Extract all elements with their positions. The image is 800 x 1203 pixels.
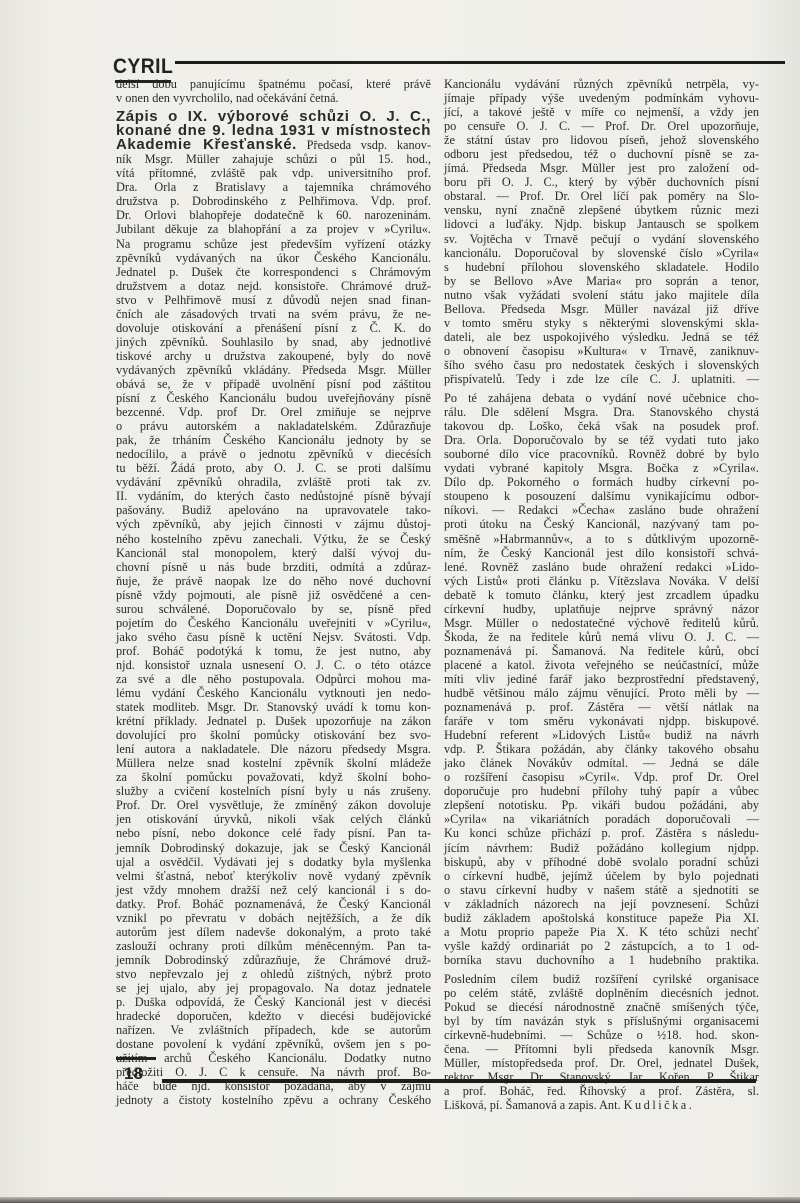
text-line: čních ale zásadových trvati na svém práv…: [116, 307, 431, 321]
text-line: vydati vybrané kapitoly Msgra. Bočka z »…: [444, 461, 759, 475]
text-line: budiž základem apoštolská konstituce pap…: [444, 911, 759, 925]
text-line: písní z Českého Kancionálu budou uveřejň…: [116, 391, 431, 405]
text-line: doporučuje pro hudební přílohy tuhý papí…: [444, 784, 759, 798]
text-line: kancionálu. Doporučoval by slovenské čís…: [444, 246, 759, 260]
text-line: stvo v Pelhřimově musí z důvodů nejen sn…: [116, 293, 431, 307]
text-line: faráře v tom směru vykonávati njdpp. bis…: [444, 714, 759, 728]
text-line: po celém státě, zvláště doplněním diecés…: [444, 986, 759, 1000]
text-line: Škoda, že na ředitele kůrů nemá vlivu O.…: [444, 630, 759, 644]
text-line: dostane povolení k vydání zpěvníků, ovše…: [116, 1037, 431, 1051]
text-line: vensku, nyní značně zlepšené úbytkem růz…: [444, 203, 759, 217]
text-line: placené a katol. života veřejného se neú…: [444, 658, 759, 672]
text-line: že státní ústav pro lidovou píseň, jehož…: [444, 133, 759, 147]
text-line: církevní hudby, uplatňuje nejprve správn…: [444, 602, 759, 616]
text-line: za školní pomůcku považovati, když školn…: [116, 770, 431, 784]
text-line: Na programu schůze jest především vyříze…: [116, 237, 431, 251]
minutes-paragraph: Zápis o IX. výborové schůzi O. J. C., ko…: [116, 110, 431, 1107]
text-line: o rozšíření časopisu »Cyril«. Vdp. prof …: [444, 770, 759, 784]
text-line: nedocílilo, a právě o jednotu zpěvníků v…: [116, 447, 431, 461]
header-rule: [175, 61, 785, 64]
scan-edge: [0, 1197, 800, 1203]
left-column: delší dobu panujícímu špatnému počasí, k…: [116, 77, 431, 1107]
scanned-page: CYRIL delší dobu panujícímu špatnému poč…: [0, 0, 800, 1203]
text-line: zlepšení nototisku. Pp. vikáři budou pož…: [444, 798, 759, 812]
text-line: lení autora a nakladatele. Dle názoru př…: [116, 742, 431, 756]
heading-line-mixed: Akademie Křesťanské. Předseda vsdp. kano…: [116, 138, 431, 152]
text-line: Po té zahájena debata o vydání nové učeb…: [444, 391, 759, 405]
text-line: dateli, ale bez uspokojivého výsledku. J…: [444, 330, 759, 344]
text-line: směšně »Habrmannův«, a to s důtklivým up…: [444, 532, 759, 546]
text-line: tiskové archy u družstva zakoupené, byly…: [116, 349, 431, 363]
text-line: Dra. Orla z Bratislavy a tajemníka chrám…: [116, 180, 431, 194]
text-line: se jej ujalo, aby jej propagovalo. Na do…: [116, 981, 431, 995]
text-line: Pokud se diecésí národnostně značně smíš…: [444, 1000, 759, 1014]
text-line: písně vždy pojmouti, ale písně již osvěd…: [116, 588, 431, 602]
text-line: lené. Rovněž zasláno bude ohražení redak…: [444, 560, 759, 574]
text-line: poznamenává p. prof. Zástěra — větší nát…: [444, 700, 759, 714]
text-line: vítá přítomné, zvláště pak vdp. universi…: [116, 166, 431, 180]
text-line: velmi šťastná, neboť kterýkoliv nově vyd…: [116, 869, 431, 883]
text-line: Dr. Orlovi blahopřeje dodatečně k 60. na…: [116, 208, 431, 222]
text-line: vých zpěvníků, aby jejich činnosti v záj…: [116, 517, 431, 531]
journal-title: CYRIL: [113, 55, 173, 79]
text-line: vých Listů« proti článku p. Vítězslava N…: [444, 574, 759, 588]
text-line: v tomto směru styky s některými slovensk…: [444, 316, 759, 330]
text-line: odboru jest předsedou, též o duchovní pí…: [444, 147, 759, 161]
closing-line: Lišková, pí. Šamanová a zapis. Ant. Kudl…: [444, 1098, 759, 1112]
text-line: Bellova. Předseda Msgr. Müller navázal j…: [444, 302, 759, 316]
text-line: »Cyrila« na vikariátních poradách doporu…: [444, 812, 759, 826]
text-line: poznamenává pí. Šamanová. Na ředitele ků…: [444, 644, 759, 658]
text-line: a prof. Boháč, řed. Říhovský a prof. Zás…: [444, 1084, 759, 1098]
text-line: obstaral. — Prof. Dr. Orel líčí pak pomě…: [444, 189, 759, 203]
text-line: proti útoku na Český Kancionál, nazývaný…: [444, 517, 759, 531]
text-line: Müllera nelze snad kostelní zpěvník škol…: [116, 756, 431, 770]
text-line: Jubilant děkuje za blahopřání a za proje…: [116, 222, 431, 236]
text-line: hradecké doporučen, kdežto v diecési bud…: [116, 1009, 431, 1023]
text-line: jímaje případy výše uvedeným podmínkám v…: [444, 91, 759, 105]
text-line: o stavu církevní hudby v našem státě a s…: [444, 883, 759, 897]
text-line: vydávaných zpěvníků vkládány. Předseda M…: [116, 363, 431, 377]
text-line: přispívatelů. Tedy i zde lze cíle C. J. …: [444, 372, 759, 386]
text-line: šího svého času pro nedostatek českých i…: [444, 358, 759, 372]
closing-text: Lišková, pí. Šamanová a zapis. Ant.: [444, 1098, 624, 1112]
footer-rule: [162, 1079, 756, 1083]
text-line: jícím návrhem: Budiž požádáno kollegium …: [444, 841, 759, 855]
text-line: pak, že trháním Českého Kancionálu jedno…: [116, 433, 431, 447]
text-line: sv. Vojtěcha v Trnavě pečují o vydání sl…: [444, 232, 759, 246]
body-text: Předseda vsdp. kanov-: [297, 138, 431, 152]
text-line: byl by tím navázán styk s příslušnými or…: [444, 1014, 759, 1028]
text-line: Dra. Orla. Doporučovalo by se též vydati…: [444, 433, 759, 447]
text-line: datky. Prof. Boháč poznamenává, že Český…: [116, 897, 431, 911]
text-line: Kancionálu vydávání různých zpěvníků net…: [444, 77, 759, 91]
text-line: jící, a takové ještě v míře co nejmenší,…: [444, 105, 759, 119]
paragraph-3: Posledním cílem budiž rozšíření cyrilské…: [444, 972, 759, 1112]
text-line: jako svého času písně k uctění Nejsv. Sv…: [116, 630, 431, 644]
text-line: církevně-hudebními. — Schůze o ½18. hod.…: [444, 1028, 759, 1042]
text-line: jednoty a čistoty kostelního zpěvu a och…: [116, 1093, 431, 1107]
text-line: autorům jest dílem nadevše dokonalým, a …: [116, 925, 431, 939]
text-line: o právu autorském a nakladatelském. Zdůr…: [116, 419, 431, 433]
text-line: ujal a osvědčil. Vydávati jej s dodatky …: [116, 855, 431, 869]
text-line: statek modliteb. Msgr. Dr. Stanovský uvá…: [116, 700, 431, 714]
text-line: vyšle každý ordinariát po 2 zástupcích, …: [444, 939, 759, 953]
text-line: níkovi. — Redakci »Čecha« zasláno bude o…: [444, 503, 759, 517]
text-line: jemník Dobrodinský zdůrazňuje, že Chrámo…: [116, 953, 431, 967]
text-line: ňuje, že právě naopak lze do něho nové d…: [116, 574, 431, 588]
text-line: služby a cvičení kostelních písní byly u…: [116, 784, 431, 798]
right-column: Kancionálu vydávání různých zpěvníků net…: [444, 77, 759, 1112]
paragraph-2: Po té zahájena debata o vydání nové učeb…: [444, 391, 759, 967]
text-line: pašovány. Budiž apelováno na upravovatel…: [116, 503, 431, 517]
heading-text: Akademie Křesťanské.: [116, 136, 297, 153]
text-line: vdp. P. Štikara požádán, aby články tako…: [444, 742, 759, 756]
text-line: s hudební přílohou slovenského skladatel…: [444, 260, 759, 274]
text-line: chovní písně u nás bude brzditi, odmítá …: [116, 560, 431, 574]
text-line: obává se, že v případě uvolnění písní po…: [116, 377, 431, 391]
text-line: hudbě většinou málo zájmu věnující. Prot…: [444, 686, 759, 700]
intro-paragraph: delší dobu panujícímu špatnému počasí, k…: [116, 77, 431, 105]
text-line: by se Bellovo »Ave Maria« pro soprán a t…: [444, 274, 759, 288]
text-line: nařízen. Ve zvláštních případech, kde se…: [116, 1023, 431, 1037]
text-line: stoupeno k posouzení dalšímu vynikajícím…: [444, 489, 759, 503]
text-line: p. Duška odpovídá, že Český Kancionál je…: [116, 995, 431, 1009]
page-footer: 18: [116, 1055, 786, 1085]
text-line: II. vydáním, do kterých často nedůstojné…: [116, 489, 431, 503]
text-line: Dílo dp. Pokorného o formách hudby círke…: [444, 475, 759, 489]
text-line: jímá. Předseda Msgr. Müller jest pro zal…: [444, 161, 759, 175]
page-number: 18: [124, 1064, 143, 1084]
text-line: a Motu proprio papeže Pia X. K této schů…: [444, 925, 759, 939]
text-line: ník Msgr. Müller zahajuje schůzi o půl 1…: [116, 152, 431, 166]
text-line: surou schválené. Doporučovalo by se, pís…: [116, 602, 431, 616]
text-line: delší dobu panujícímu špatnému počasí, k…: [116, 77, 431, 91]
text-line: krétní příklady. Jednatel p. Dušek upozo…: [116, 714, 431, 728]
text-line: zpěvníků vydávaných na úkor Českého Kanc…: [116, 251, 431, 265]
text-line: pojetím do Českého Kancionálu uveřejniti…: [116, 616, 431, 630]
text-line: njd. konsistoř uznala usnesení O. J. C. …: [116, 658, 431, 672]
text-line: míti vliv jediné farář jako bezprostředn…: [444, 672, 759, 686]
text-line: biskupů, aby v příhodné době svolalo por…: [444, 855, 759, 869]
text-line: borníka stavu duchovního a 1 hudebního p…: [444, 953, 759, 967]
text-line: Jednatel p. Dušek čte korrespondenci s C…: [116, 265, 431, 279]
text-line: prof. Boháč podotýká k tomu, že jest nut…: [116, 644, 431, 658]
text-line: jemník Dobrodinský dokazuje, jak se Česk…: [116, 841, 431, 855]
text-line: nebo písní, nebo dokonce celé řady písní…: [116, 826, 431, 840]
text-line: družstva p. Dobrodinského z Pelhřimova. …: [116, 194, 431, 208]
text-line: Prof. Dr. Orel vysvětluje, že zmíněný zá…: [116, 798, 431, 812]
text-line: v onen den vyvrcholilo, nad očekávání če…: [116, 91, 431, 105]
text-line: ním, že Český Kancionál jest dílo konsis…: [444, 546, 759, 560]
text-line: dovoluje otiskování a přenášení písní z …: [116, 321, 431, 335]
text-line: boru při O. J. C., který by výběr duchov…: [444, 175, 759, 189]
text-line: vydávání zpěvníků ohradila, zvláště prot…: [116, 475, 431, 489]
text-line: rálu. Dle sdělení Msgra. Dra. Stanovskéh…: [444, 405, 759, 419]
text-line: dovolující pro školní pomůcky otiskování…: [116, 728, 431, 742]
text-line: družstvem a dotaz nejd. konsistoře. Chrá…: [116, 279, 431, 293]
text-line: jiných zpěvníků. Souhlasilo by snad, aby…: [116, 335, 431, 349]
recorder-signature: Kudlička.: [624, 1098, 695, 1112]
text-line: Ku konci schůze přichází p. prof. Zástěr…: [444, 826, 759, 840]
text-line: o obnovení časopisu »Kultura« v Trnavě, …: [444, 344, 759, 358]
text-line: souborné dílo více pracovníků. Rovněž do…: [444, 447, 759, 461]
footer-tick: [116, 1057, 156, 1060]
text-line: vznikl po převratu v dobách nejtěžších, …: [116, 911, 431, 925]
text-line: ného kostelního zpěvu zanechali. Výtku, …: [116, 532, 431, 546]
text-line: takovou dp. Loško, čeká však na posudek …: [444, 419, 759, 433]
text-line: Kancionál stal monopolem, který další vý…: [116, 546, 431, 560]
paragraph-1: Kancionálu vydávání různých zpěvníků net…: [444, 77, 759, 386]
text-line: v základních názorech na její povznesení…: [444, 897, 759, 911]
text-line: nutno však vyžádati svolení státu jako m…: [444, 288, 759, 302]
text-line: za své a dle něho postupovala. Odpůrci m…: [116, 672, 431, 686]
text-line: Msgr. Müller o nedostatečné výchově ředi…: [444, 616, 759, 630]
text-line: zaslouží ochrany proti dílkům méněcenným…: [116, 939, 431, 953]
text-line: Posledním cílem budiž rozšíření cyrilské…: [444, 972, 759, 986]
text-line: tu běží. Žádá proto, aby O. J. C. se pro…: [116, 461, 431, 475]
text-line: jest vždy mnohem dražší než celý kancion…: [116, 883, 431, 897]
text-line: debatě k tomuto článku, který jest zrcad…: [444, 588, 759, 602]
text-line: o církevní hudbě, jejímž účelem by bylo …: [444, 869, 759, 883]
text-line: lidovci a luďáky. Njdp. biskup Jantausch…: [444, 217, 759, 231]
text-line: stvo nepřevzalo jej z ohledů zištných, n…: [116, 967, 431, 981]
text-line: lému vydání Českého Kancionálu vytknouti…: [116, 686, 431, 700]
text-line: Hudební referent »Lidových Listů« budiž …: [444, 728, 759, 742]
text-line: bezcenné. Vdp. prof Dr. Orel zmiňuje se …: [116, 405, 431, 419]
text-line: po censuře O. J. C. — Prof. Dr. Orel upo…: [444, 119, 759, 133]
text-line: jako článek Novákův odmítal. — Jedná se …: [444, 756, 759, 770]
text-line: jen otiskování úryvků, nikoli však celýc…: [116, 812, 431, 826]
